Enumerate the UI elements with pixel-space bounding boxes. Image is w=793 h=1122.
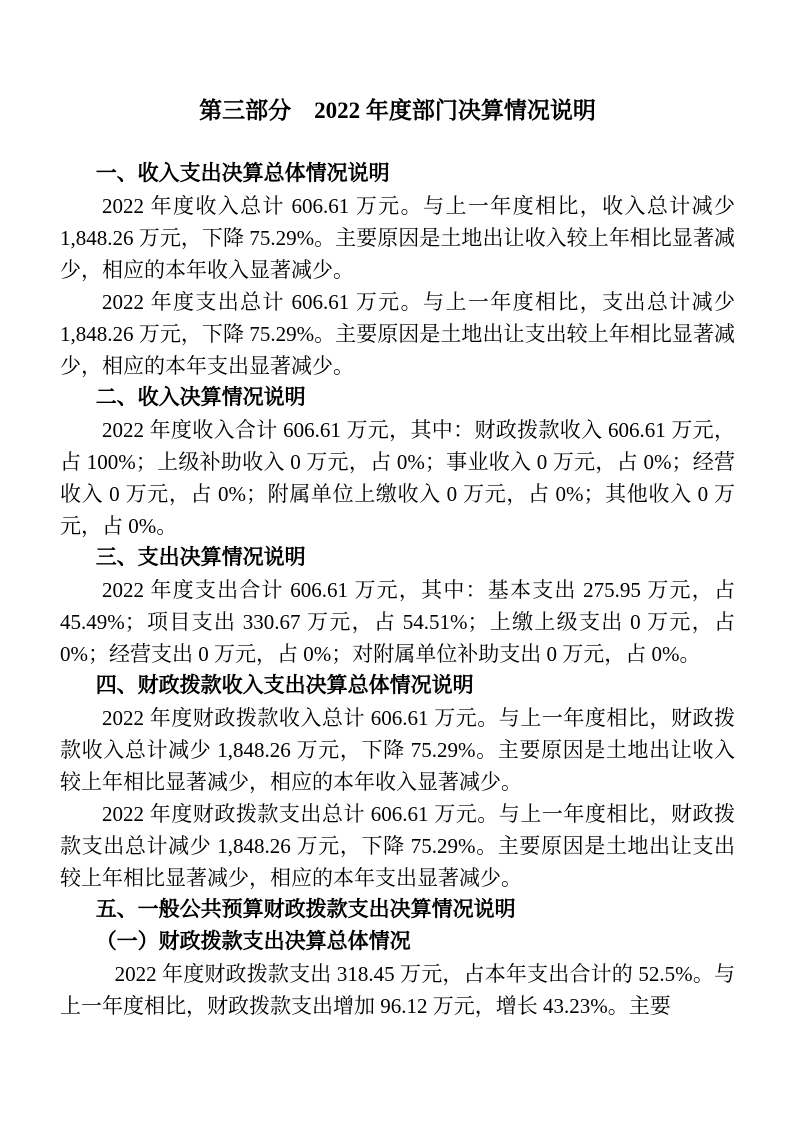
section-heading: 三、支出决算情况说明: [60, 542, 735, 574]
section-heading: 一、收入支出决算总体情况说明: [60, 158, 735, 190]
document-title: 第三部分 2022 年度部门决算情况说明: [60, 94, 735, 128]
paragraph: 2022 年度支出合计 606.61 万元，其中：基本支出 275.95 万元，…: [60, 574, 735, 670]
document-page: 第三部分 2022 年度部门决算情况说明 一、收入支出决算总体情况说明 2022…: [0, 0, 793, 1122]
section-heading: 四、财政拨款收入支出决算总体情况说明: [60, 670, 735, 702]
section-income-expense-overview: 一、收入支出决算总体情况说明 2022 年度收入总计 606.61 万元。与上一…: [60, 158, 735, 382]
paragraph: 2022 年度财政拨款支出总计 606.61 万元。与上一年度相比，财政拨款支出…: [60, 798, 735, 894]
subsection-heading: （一）财政拨款支出决算总体情况: [60, 926, 735, 958]
section-expense-final-accounts: 三、支出决算情况说明 2022 年度支出合计 606.61 万元，其中：基本支出…: [60, 542, 735, 670]
section-heading: 五、一般公共预算财政拨款支出决算情况说明: [60, 894, 735, 926]
paragraph: 2022 年度收入合计 606.61 万元，其中：财政拨款收入 606.61 万…: [60, 414, 735, 542]
paragraph: 2022 年度收入总计 606.61 万元。与上一年度相比，收入总计减少 1,8…: [60, 190, 735, 286]
paragraph: 2022 年度支出总计 606.61 万元。与上一年度相比，支出总计减少 1,8…: [60, 286, 735, 382]
section-fiscal-appropriation-overview: 四、财政拨款收入支出决算总体情况说明 2022 年度财政拨款收入总计 606.6…: [60, 670, 735, 894]
section-public-budget-expense: 五、一般公共预算财政拨款支出决算情况说明 （一）财政拨款支出决算总体情况 202…: [60, 894, 735, 1022]
section-income-final-accounts: 二、收入决算情况说明 2022 年度收入合计 606.61 万元，其中：财政拨款…: [60, 382, 735, 542]
paragraph: 2022 年度财政拨款支出 318.45 万元，占本年支出合计的 52.5%。与…: [60, 958, 735, 1022]
paragraph: 2022 年度财政拨款收入总计 606.61 万元。与上一年度相比，财政拨款收入…: [60, 702, 735, 798]
section-heading: 二、收入决算情况说明: [60, 382, 735, 414]
